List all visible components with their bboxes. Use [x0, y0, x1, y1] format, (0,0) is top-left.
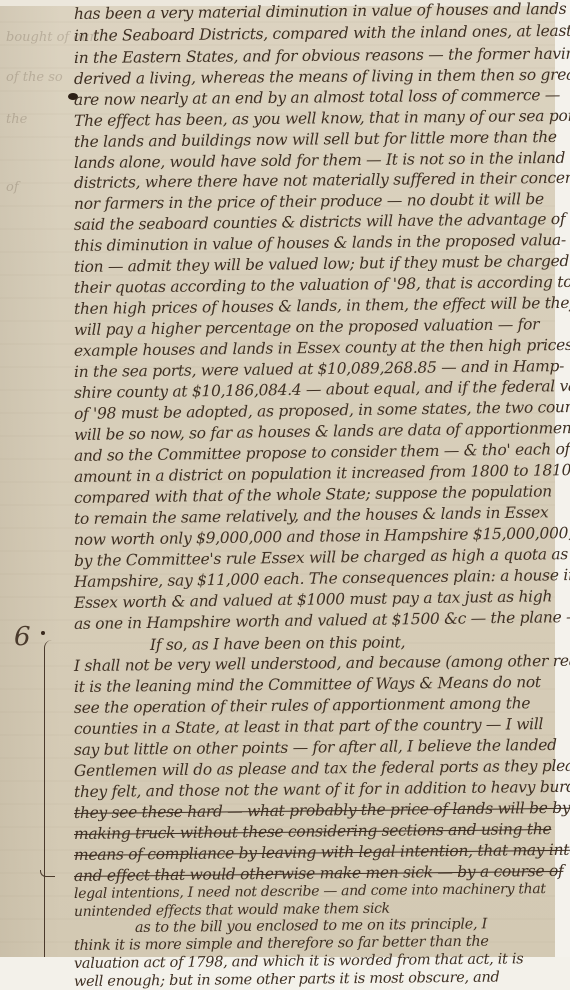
margin-bracket [44, 640, 55, 957]
margin-bleed-text: of the so [6, 70, 63, 85]
margin-bracket-tick [40, 870, 55, 877]
margin-bleed-text: the [6, 112, 27, 127]
paragraph-opening: If so, as I have been on this point, [150, 633, 405, 654]
page-section-number: 6 [14, 622, 31, 652]
margin-bleed-text: of [6, 180, 19, 195]
margin-dot [41, 631, 45, 635]
